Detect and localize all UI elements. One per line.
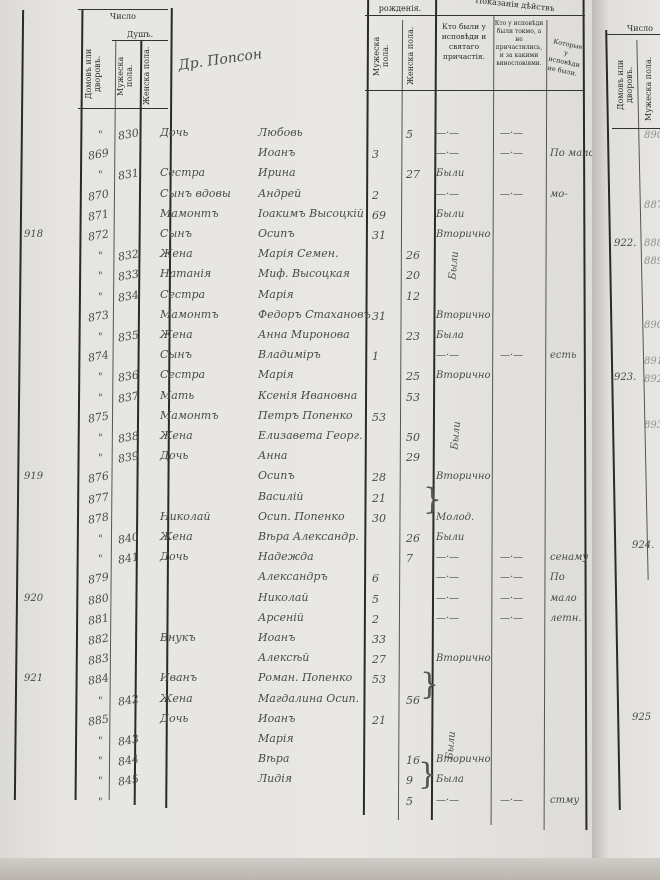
ledger-page-left: Число Домовъ или дворовъ. Душъ. Мужеска …: [0, 0, 600, 880]
male-number: 869: [87, 146, 110, 162]
age-male: 27: [372, 653, 386, 666]
name-relation: Жена: [160, 692, 193, 705]
male-number: 878: [87, 510, 110, 526]
absent-note: По мало: [550, 148, 595, 159]
page-bottom-edge: [0, 858, 660, 880]
right-male-number: 892: [644, 374, 660, 385]
vertical-note: Были: [449, 421, 462, 450]
col-divider-absent: [544, 20, 548, 830]
name-relation: Жена: [160, 247, 193, 260]
name-relation: Сынъ вдовы: [160, 187, 231, 200]
female-number: 842: [117, 692, 140, 708]
right-page-border: [605, 30, 620, 810]
age-male: 31: [372, 310, 386, 323]
ditto-mark: ": [98, 372, 103, 383]
ditto-mark: ": [98, 332, 103, 343]
col-divider-female: [134, 40, 142, 805]
male-number: 885: [87, 712, 110, 728]
right-male-number: 887: [644, 200, 660, 211]
confession-status: Вторично: [436, 310, 491, 321]
name-relation: Сынъ: [160, 348, 192, 361]
ditto-mark: ": [98, 251, 103, 262]
header-top-rule: [78, 9, 168, 10]
male-number: 874: [87, 348, 110, 364]
confession-status: —·—: [436, 552, 459, 563]
name-relation: Иванъ: [160, 671, 197, 684]
person-name: Иоанъ: [258, 146, 295, 159]
person-name: Марія: [258, 732, 294, 745]
male-number: 883: [87, 651, 110, 667]
right-header-male: Мужеска пола.: [644, 56, 658, 122]
confession-status: —·—: [436, 593, 459, 604]
person-name: Иоанъ: [258, 631, 295, 644]
person-name: Николай: [258, 591, 309, 604]
person-name: Ксенія Ивановна: [258, 389, 357, 402]
age-female: 26: [406, 249, 420, 262]
col-divider-households: [75, 10, 83, 800]
name-relation: Сестра: [160, 166, 205, 179]
age-male: 53: [372, 673, 386, 686]
household-number: 920: [24, 593, 43, 604]
confession-status: —·—: [436, 128, 459, 139]
age-male: 21: [372, 492, 386, 505]
header-birth-group: рожденія.: [368, 4, 432, 14]
female-number: 835: [117, 328, 140, 344]
right-household-number: 922.: [614, 238, 636, 249]
ditto-mark: ": [98, 433, 103, 444]
male-number: 873: [87, 308, 110, 324]
person-name: Анна: [258, 449, 287, 462]
ditto-mark: ": [98, 554, 103, 565]
absent-note: есть: [550, 350, 576, 361]
female-number: 831: [117, 167, 140, 183]
female-number: 830: [117, 126, 140, 142]
name-relation: Жена: [160, 530, 193, 543]
header-not-confessed: Которые у исповѣди не были.: [545, 37, 586, 79]
person-name: Роман. Попенко: [258, 671, 352, 684]
header-households: Домовъ или дворовъ.: [84, 44, 110, 104]
age-male: 1: [372, 350, 379, 363]
header-birth-female: Женска пола.: [406, 24, 430, 88]
person-name: Осипъ: [258, 227, 295, 240]
female-number: 844: [117, 752, 140, 768]
right-male-number: 891: [644, 356, 660, 367]
confession-status: —·—: [436, 795, 459, 806]
person-name: Алексѣй: [258, 651, 309, 664]
female-number: 832: [117, 247, 140, 263]
female-number: 845: [117, 773, 140, 789]
age-male: 69: [372, 209, 386, 222]
person-name: Арсеній: [258, 611, 304, 624]
person-name: Осипъ: [258, 469, 295, 482]
age-female: 5: [406, 795, 413, 808]
male-number: 884: [87, 672, 110, 688]
col-divider-age-m: [363, 0, 369, 815]
header-bottom-rule-right: [365, 90, 585, 91]
confession-status: —·—: [436, 350, 459, 361]
person-name: Петръ Попенко: [258, 409, 353, 422]
male-number: 877: [87, 490, 110, 506]
person-name: Марія Семен.: [258, 247, 338, 260]
name-relation: Натанія: [160, 267, 211, 280]
age-female: 29: [406, 451, 420, 464]
name-relation: Жена: [160, 429, 193, 442]
male-number: 880: [87, 591, 110, 607]
age-female: 12: [406, 290, 420, 303]
age-female: 7: [406, 552, 413, 565]
male-number: 879: [87, 571, 110, 587]
male-number: 882: [87, 631, 110, 647]
brace-group-2: }: [420, 670, 439, 700]
ditto-mark: ": [98, 271, 103, 282]
household-number: 918: [24, 229, 43, 240]
person-name: Анна Миронова: [258, 328, 350, 341]
person-name: Любовь: [258, 126, 303, 139]
person-name: Іоакимъ Высоцкій: [258, 207, 364, 220]
age-female: 9: [406, 774, 413, 787]
age-female: 23: [406, 330, 420, 343]
person-name: Вѣра Александр.: [258, 530, 359, 543]
vertical-note: Были: [447, 251, 460, 280]
name-relation: Николай: [160, 510, 211, 523]
ledger-page-right: Число Домовъ или дворовъ. Мужеска пола. …: [592, 0, 660, 880]
male-number: 875: [87, 409, 110, 425]
person-name: Федоръ Стахановъ: [258, 308, 371, 321]
name-relation: Мамонтъ: [160, 308, 219, 321]
header-confessed: Кто были у исповѣди и святаго причастія.: [437, 22, 491, 62]
ditto-mark: ": [98, 170, 103, 181]
section-heading: Др. Попсон: [177, 46, 263, 74]
male-number: 871: [87, 207, 110, 223]
confession-status: Вторично: [436, 370, 491, 381]
ditto-mark: ": [98, 453, 103, 464]
right-male-number: 890: [644, 320, 660, 331]
person-name: Магдалина Осип.: [258, 692, 359, 705]
person-name: Василій: [258, 490, 304, 503]
name-relation: Внукъ: [160, 631, 196, 644]
female-number: 833: [117, 268, 140, 284]
right-household-number: 923.: [614, 372, 636, 383]
header-souls-group: Душъ.: [114, 30, 166, 40]
confession-status: Вторично: [436, 229, 491, 240]
household-number: 921: [24, 673, 43, 684]
male-number: 876: [87, 470, 110, 486]
ditto-mark: ": [98, 292, 103, 303]
reason-note: —·—: [500, 128, 523, 139]
ditto-mark: ": [98, 776, 103, 787]
right-header-top: [606, 34, 660, 35]
ditto-mark: ": [98, 130, 103, 141]
ditto-mark: ": [98, 534, 103, 545]
right-household-number: 925: [632, 712, 651, 723]
confession-status: Вторично: [436, 653, 491, 664]
header-birth-rule: [365, 15, 585, 16]
confession-status: —·—: [436, 613, 459, 624]
female-number: 843: [117, 732, 140, 748]
header-birth-male: Мужеска пола.: [372, 24, 396, 88]
brace-group-1: }: [423, 485, 442, 515]
age-male: 28: [372, 471, 386, 484]
header-confessed-only: Кто у исповѣди были токмо, а не причасти…: [494, 20, 544, 68]
age-female: 56: [406, 694, 420, 707]
name-relation: Сынъ: [160, 227, 192, 240]
age-female: 5: [406, 128, 413, 141]
reason-note: —·—: [500, 593, 523, 604]
household-number: 919: [24, 471, 43, 482]
absent-note: По: [550, 572, 565, 583]
male-number: 881: [87, 611, 110, 627]
reason-note: —·—: [500, 189, 523, 200]
name-relation: Дочь: [160, 449, 188, 462]
male-number: 870: [87, 187, 110, 203]
reason-note: —·—: [500, 795, 523, 806]
reason-note: —·—: [500, 572, 523, 583]
table-right-border: [583, 0, 587, 830]
name-relation: Мать: [160, 389, 194, 402]
age-female: 26: [406, 532, 420, 545]
name-relation: Дочь: [160, 126, 188, 139]
ditto-mark: ": [98, 756, 103, 767]
absent-note: стму: [550, 795, 579, 806]
right-header-households: Домовъ или дворовъ.: [616, 46, 640, 124]
female-number: 834: [117, 288, 140, 304]
absent-note: мало: [550, 593, 577, 604]
right-male-number: 890: [644, 130, 660, 141]
age-male: 3: [372, 148, 379, 161]
age-female: 53: [406, 391, 420, 404]
right-male-number: 888: [644, 238, 660, 249]
person-name: Владиміръ: [258, 348, 321, 361]
reason-note: —·—: [500, 148, 523, 159]
absent-note: мо-: [550, 189, 568, 200]
header-souls-rule: [112, 40, 168, 41]
ditto-mark: ": [98, 696, 103, 707]
ditto-mark: ": [98, 736, 103, 747]
person-name: Ирина: [258, 166, 296, 179]
person-name: Андрей: [258, 187, 301, 200]
confession-status: —·—: [436, 572, 459, 583]
person-name: Вѣра: [258, 752, 289, 765]
confession-status: Была: [436, 774, 464, 785]
brace-group-3: }: [418, 760, 437, 790]
right-header-number: Число: [622, 24, 658, 34]
confession-status: Были: [436, 209, 464, 220]
age-male: 6: [372, 572, 379, 585]
person-name: Лидія: [258, 772, 292, 785]
confession-status: —·—: [436, 148, 459, 159]
person-name: Осип. Попенко: [258, 510, 345, 523]
age-male: 21: [372, 714, 386, 727]
person-name: Миф. Высоцкая: [258, 267, 350, 280]
confession-status: Была: [436, 330, 464, 341]
age-male: 33: [372, 633, 386, 646]
age-male: 5: [372, 593, 379, 606]
header-number-group: Число: [80, 12, 166, 22]
male-number: 872: [87, 227, 110, 243]
confession-status: —·—: [436, 189, 459, 200]
name-relation: Сестра: [160, 288, 205, 301]
right-header-bottom: [612, 128, 660, 129]
right-male-number: 889: [644, 256, 660, 267]
reason-note: —·—: [500, 350, 523, 361]
person-name: Марія: [258, 288, 294, 301]
person-name: Елизавета Георг.: [258, 429, 363, 442]
name-relation: Жена: [160, 328, 193, 341]
confession-status: Были: [436, 168, 464, 179]
absent-note: летн.: [550, 613, 582, 624]
confession-status: Были: [436, 532, 464, 543]
age-female: 50: [406, 431, 420, 444]
col-divider-age-f: [398, 20, 403, 820]
col-divider-reason: [491, 15, 495, 825]
right-household-number: 924.: [632, 540, 654, 551]
age-male: 30: [372, 512, 386, 525]
person-name: Иоанъ: [258, 712, 295, 725]
person-name: Марія: [258, 368, 294, 381]
age-male: 31: [372, 229, 386, 242]
confession-status: Вторично: [436, 471, 491, 482]
age-male: 2: [372, 613, 379, 626]
absent-note: сенаму: [550, 552, 588, 563]
person-name: Надежда: [258, 550, 314, 563]
ditto-mark: ": [98, 797, 103, 808]
header-male: Мужеска пола.: [116, 46, 134, 106]
table-left-border: [14, 10, 24, 800]
ditto-mark: ": [98, 393, 103, 404]
name-relation: Сестра: [160, 368, 205, 381]
name-relation: Дочь: [160, 712, 188, 725]
name-relation: Мамонтъ: [160, 207, 219, 220]
col-divider-male: [109, 40, 117, 800]
age-female: 25: [406, 370, 420, 383]
age-female: 20: [406, 269, 420, 282]
age-female: 27: [406, 168, 420, 181]
reason-note: —·—: [500, 552, 523, 563]
age-male: 53: [372, 411, 386, 424]
name-relation: Мамонтъ: [160, 409, 219, 422]
header-female: Женска пола.: [142, 46, 162, 106]
reason-note: —·—: [500, 613, 523, 624]
right-male-number: 893: [644, 420, 660, 431]
age-male: 2: [372, 189, 379, 202]
header-bottom-rule: [78, 108, 168, 109]
name-relation: Дочь: [160, 550, 188, 563]
person-name: Александръ: [258, 570, 328, 583]
